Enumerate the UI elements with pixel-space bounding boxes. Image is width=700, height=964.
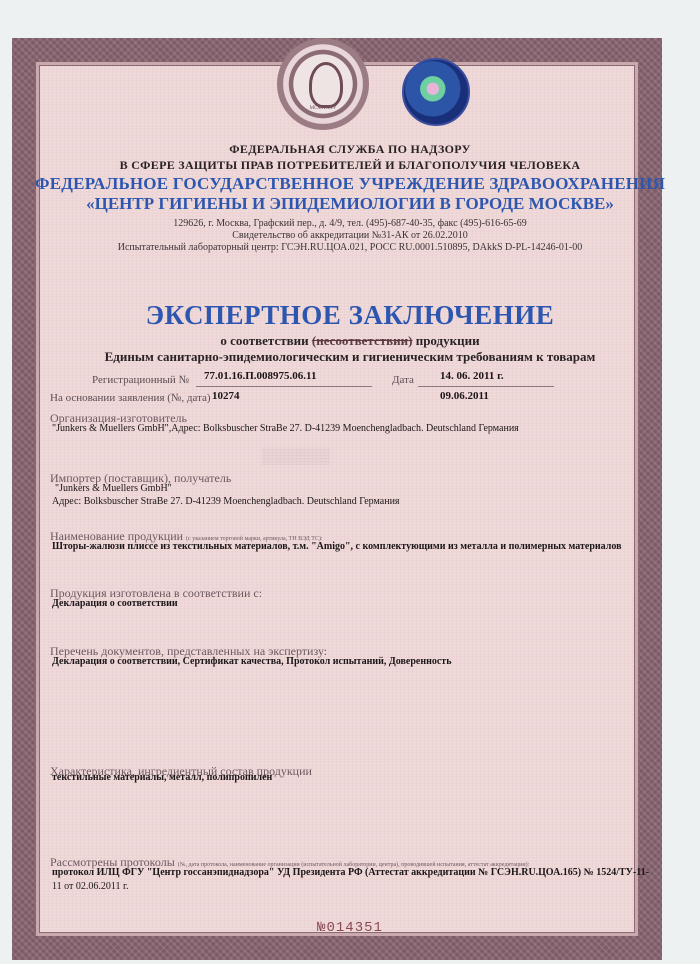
institution-line-2: «ЦЕНТР ГИГИЕНЫ И ЭПИДЕМИОЛОГИИ В ГОРОДЕ … (0, 194, 700, 214)
subtitle-part: продукции (412, 333, 479, 348)
faded-stamp: ▒▒▒▒▒▒ (262, 448, 330, 466)
seal-text: MCMXXXV (283, 106, 363, 111)
lab-info: Испытательный лабораторный центр: ГСЭН.R… (0, 242, 700, 253)
reg-number-underline (196, 386, 372, 387)
emblem-seal-icon: MCMXXXV (283, 44, 363, 124)
hologram-icon (402, 58, 470, 126)
document-subtitle-2: Единым санитарно-эпидемиологическим и ги… (0, 349, 700, 365)
importer-address: Адрес: Bolksbuscher StraBe 27. D-41239 M… (52, 496, 400, 507)
institution-line-1: ФЕДЕРАЛЬНОЕ ГОСУДАРСТВЕННОЕ УЧРЕЖДЕНИЕ З… (0, 174, 700, 194)
subtitle-struck: (несоответствии) (312, 333, 413, 348)
institution-address: 129626, г. Москва, Графский пер., д. 4/9… (0, 218, 700, 229)
date-value: 14. 06. 2011 г. (440, 370, 504, 382)
date-underline (418, 386, 554, 387)
compliance-basis-value: Декларация о соответствии (52, 598, 178, 609)
agency-line-1: ФЕДЕРАЛЬНАЯ СЛУЖБА ПО НАДЗОРУ (0, 142, 700, 157)
documents-value: Декларация о соответствии, Сертификат ка… (52, 656, 451, 667)
basis-number: 10274 (212, 390, 240, 402)
reg-number-label: Регистрационный № (92, 374, 189, 386)
manufacturer-value: "Junkers & Muellers GmbH",Адрес: Bolksbu… (52, 423, 519, 434)
subtitle-part: о соответствии (220, 333, 311, 348)
document-title: ЭКСПЕРТНОЕ ЗАКЛЮЧЕНИЕ (0, 300, 700, 331)
protocols-value-line-2: 11 от 02.06.2011 г. (52, 881, 128, 892)
reg-number-value: 77.01.16.П.008975.06.11 (204, 370, 316, 382)
product-value: Шторы-жалюзи плиссе из текстильных матер… (52, 541, 622, 552)
serial-number: №014351 (0, 920, 700, 936)
accreditation-certificate: Свидетельство об аккредитации №31-АК от … (0, 230, 700, 241)
emblem-figure-icon (309, 62, 343, 108)
basis-label: На основании заявления (№, дата) (50, 392, 211, 404)
importer-name: "Junkers & Muellers GmbH" (55, 483, 172, 494)
protocols-value-line-1: протокол ИЛЦ ФГУ "Центр госсанэпиднадзор… (52, 867, 649, 878)
document-subtitle-1: о соответствии (несоответствии) продукци… (0, 333, 700, 349)
basis-date: 09.06.2011 (440, 390, 489, 402)
agency-line-2: В СФЕРЕ ЗАЩИТЫ ПРАВ ПОТРЕБИТЕЛЕЙ И БЛАГО… (0, 158, 700, 173)
composition-value: текстильные материалы, металл, полипропи… (52, 772, 272, 783)
date-label: Дата (392, 374, 414, 386)
